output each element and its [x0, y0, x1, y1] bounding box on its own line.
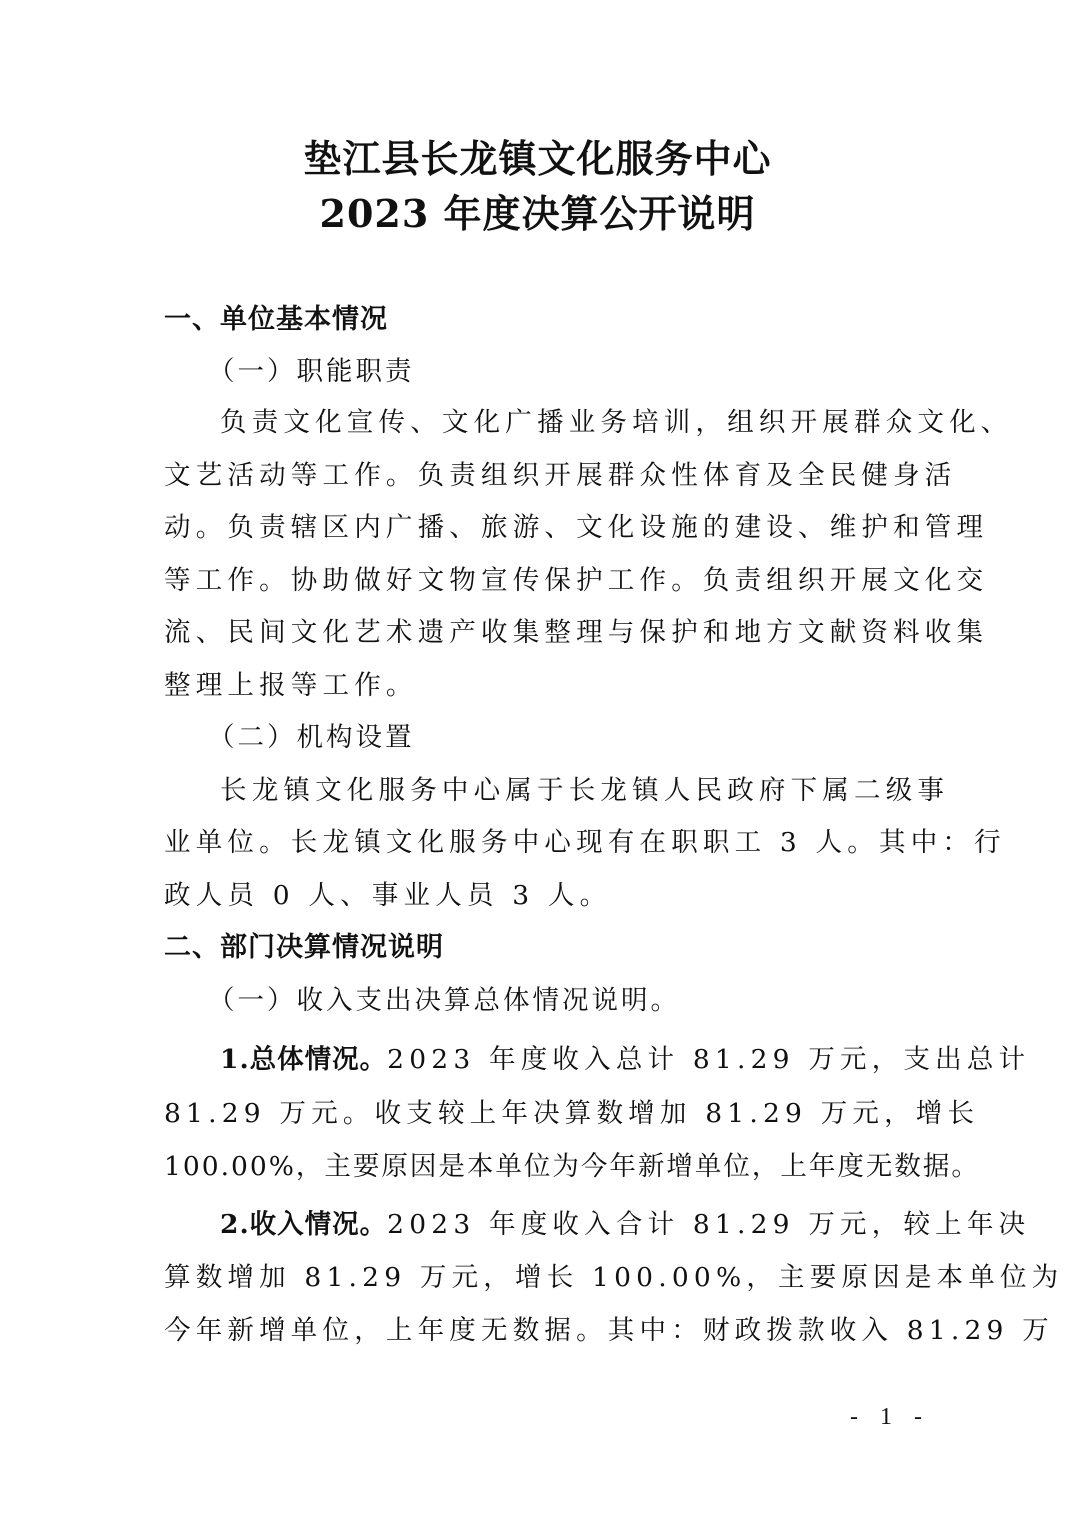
document-title-line2: 2023 年度决算公开说明: [0, 190, 1075, 238]
paragraph-line: 81.29 万元。收支较上年决算数增加 81.29 万元，增长: [164, 1096, 924, 1132]
paragraph-text: 2023 年度收入合计 81.29 万元，较上年决: [387, 1209, 1030, 1240]
page-number: - 1 -: [840, 1402, 940, 1432]
paragraph-line: 100.00%，主要原因是本单位为今年新增单位，上年度无数据。: [164, 1149, 924, 1185]
paragraph-line: 今年新增单位，上年度无数据。其中：财政拨款收入 81.29 万: [164, 1313, 924, 1349]
paragraph-line: 算数增加 81.29 万元，增长 100.00%，主要原因是本单位为: [164, 1260, 924, 1296]
paragraph-first-line: 2.收入情况。2023 年度收入合计 81.29 万元，较上年决: [220, 1207, 980, 1243]
paragraph-line: 流、民间文化艺术遗产收集整理与保护和地方文献资料收集: [164, 615, 924, 651]
document-title-line1: 垫江县长龙镇文化服务中心: [0, 135, 1075, 183]
section-heading-final-accounts: 二、部门决算情况说明: [164, 930, 444, 966]
paragraph-lead-overall: 1.总体情况。: [220, 1044, 387, 1075]
paragraph-first-line: 1.总体情况。2023 年度收入总计 81.29 万元，支出总计: [220, 1042, 980, 1078]
paragraph-line: 长龙镇文化服务中心属于长龙镇人民政府下属二级事: [220, 773, 980, 809]
paragraph-text: 2023 年度收入总计 81.29 万元，支出总计: [387, 1044, 1030, 1075]
paragraph-line: 等工作。协助做好文物宣传保护工作。负责组织开展文化交: [164, 563, 924, 599]
paragraph-line: 负责文化宣传、文化广播业务培训，组织开展群众文化、: [220, 405, 980, 441]
document-page: 垫江县长龙镇文化服务中心 2023 年度决算公开说明 一、单位基本情况 （一）职…: [0, 0, 1075, 1520]
paragraph-line: 业单位。长龙镇文化服务中心现有在职职工 3 人。其中：行: [164, 825, 924, 861]
paragraph-line: 动。负责辖区内广播、旅游、文化设施的建设、维护和管理: [164, 510, 924, 546]
paragraph-line: 政人员 0 人、事业人员 3 人。: [164, 878, 924, 914]
paragraph-line: 整理上报等工作。: [164, 668, 924, 704]
section-heading-basic-info: 一、单位基本情况: [164, 302, 388, 338]
paragraph-line: 文艺活动等工作。负责组织开展群众性体育及全民健身活: [164, 458, 924, 494]
subsection-heading-duties: （一）职能职责: [208, 354, 968, 390]
subsection-heading-income-expenditure: （一）收入支出决算总体情况说明。: [208, 983, 968, 1019]
subsection-heading-organization: （二）机构设置: [208, 720, 968, 756]
paragraph-lead-income: 2.收入情况。: [220, 1209, 387, 1240]
